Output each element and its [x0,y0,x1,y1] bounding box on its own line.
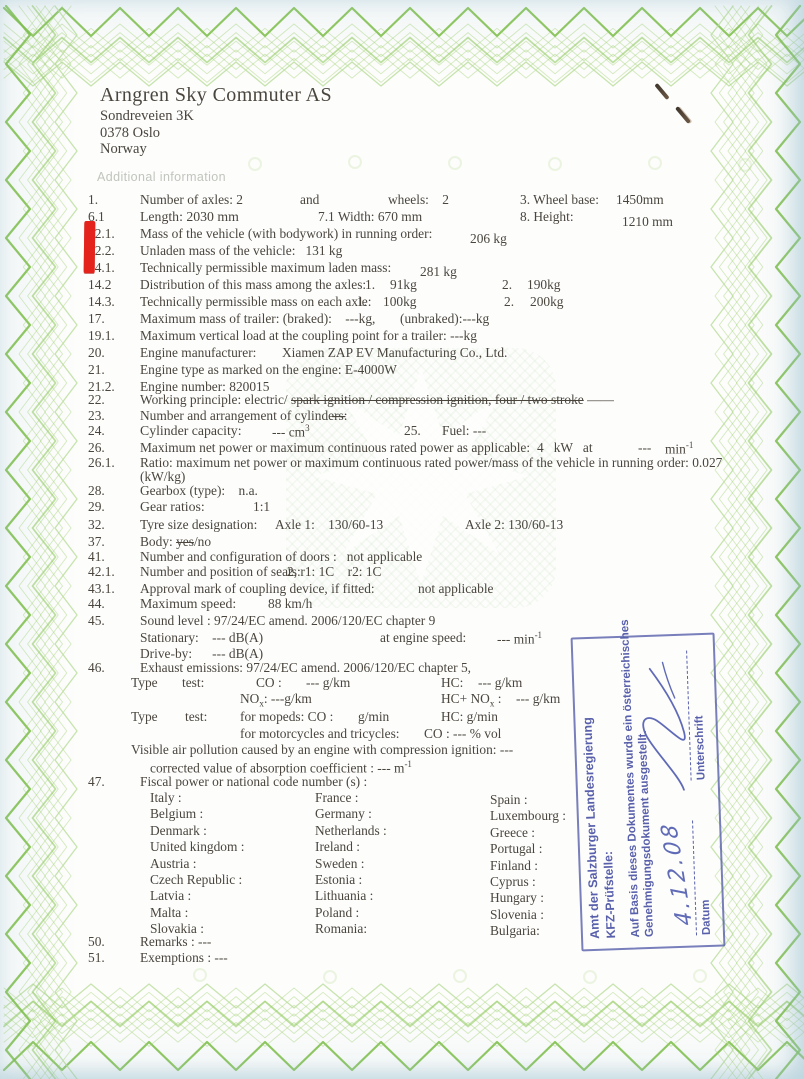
superscript: -1 [535,630,543,640]
item-row-44: 44. Maximum speed: 88 km/h [0,596,804,613]
country-label: Denmark : [150,823,244,839]
item-text: Length: 2030 mm [140,209,239,225]
red-highlight-mark [84,221,96,273]
item-row-51: 51. Exemptions : --- [0,950,804,967]
item-text: Maximum mass of trailer: (braked): ---kg… [140,311,375,327]
item-text: Technically permissible mass on each axl… [140,294,371,310]
item-text: Working principle: electric/ spark ignit… [140,392,614,408]
item-text: Exemptions : --- [140,950,228,966]
item-value: 200kg [530,294,563,310]
item-num: 44. [88,596,105,612]
country-label: Finland : [490,858,566,874]
item-row-14-2: 14.2 Distribution of this mass among the… [0,277,804,294]
item-text: Gearbox (type): n.a. [140,483,258,499]
address-line: 0378 Oslo [100,125,160,142]
unit: --- min [497,631,535,646]
item-text: CO : [256,675,282,691]
item-text: 8. Height: [520,209,574,225]
item-value: --- [638,440,651,456]
item-value: CO : --- % vol [424,726,501,742]
item-num: 22. [88,392,105,408]
item-text: for mopeds: CO : [240,709,333,725]
colon: : [494,691,501,706]
item-num: 51. [88,950,105,966]
item-text: 2. [502,277,512,293]
item-value: g/min [358,709,389,725]
item-text: wheels: 2 [388,192,449,208]
country-label: Cyprus : [490,874,566,890]
item-text: Unladen mass of the vehicle: 131 kg [140,243,342,259]
item-row-17: 17. Maximum mass of trailer: (braked): -… [0,311,804,328]
cylinder-capacity-value: --- cm [272,424,305,439]
item-text: Maximum vertical load at the coupling po… [140,328,477,344]
item-value: not applicable [418,581,493,597]
item-text: HC: [441,675,463,691]
item-text: Technically permissible maximum laden ma… [140,260,391,276]
country-label: Poland : [315,905,387,921]
item-num: 14.2 [88,277,111,293]
item-num: 41. [88,549,105,565]
trailing-dash: —— [584,392,614,407]
item-value: Xiamen ZAP EV Manufacturing Co., Ltd. [282,345,507,361]
item-value: Axle 2: 130/60-13 [465,517,563,533]
item-row-21: 21. Engine type as marked on the engine:… [0,362,804,379]
superscript: 3 [305,423,310,433]
item-text: Engine manufacturer: [140,345,256,361]
working-principle-kept: Working principle: electric/ [140,392,291,407]
item-row-28: 28. Gearbox (type): n.a. [0,483,804,500]
item-num: 37. [88,534,105,550]
item-text: 7.1 Width: 670 mm [318,209,422,225]
country-label: Belgium : [150,806,244,822]
country-label: Italy : [150,790,244,806]
nox-value: : ---g/km [264,691,312,706]
item-num: 29. [88,499,105,515]
item-text: 2. [504,294,514,310]
country-label: Germany : [315,806,387,822]
item-text: Cylinder capacity: [140,423,242,439]
item-num: 23. [88,408,105,424]
item-text: Approval mark of coupling device, if fit… [140,581,375,597]
working-principle-struck: spark ignition / compression ignition, f… [291,392,584,407]
scanned-certificate-page: Arngren Sky Commuter AS Sondreveien 3K 0… [0,0,804,1079]
address-line: Sondreveien 3K [100,108,194,125]
body-kept-option: /no [194,534,211,549]
item-text: Stationary: --- dB(A) [140,630,263,646]
item-text: Maximum net power or maximum continuous … [140,440,530,456]
item-row-19-1: 19.1. Maximum vertical load at the coupl… [0,328,804,345]
country-label: Luxembourg : [490,808,566,824]
item-text: Engine type as marked on the engine: E-4… [140,362,397,378]
item-text: Exhaust emissions: 97/24/EC amend. 2006/… [140,660,471,676]
item-text: 1. [357,294,367,310]
signature-label: Unterschrift [693,715,707,780]
hcnox-label: HC+ NO [441,691,490,706]
item-text: Sound level : 97/24/EC amend. 2006/120/E… [140,613,435,629]
country-label: Portugal : [490,841,566,857]
item-num: 17. [88,311,105,327]
nox-label: NO [240,691,259,706]
handwritten-signature [635,645,695,797]
item-row-24-25: 24. Cylinder capacity: --- cm3 25. Fuel:… [0,423,804,440]
country-column-2: France :Germany :Netherlands :Ireland :S… [315,790,387,938]
country-label: Slovenia : [490,907,566,923]
item-text: 3. Wheel base: [520,192,599,208]
item-row-32: 32. Tyre size designation: Axle 1: 130/6… [0,517,804,534]
item-text: Gear ratios: [140,499,205,515]
item-num: 42.1. [88,564,115,580]
superscript: -1 [686,440,694,450]
country-label: Malta : [150,905,244,921]
body-struck-option: yes [176,534,194,549]
item-value: 88 km/h [268,596,312,612]
item-text: (unbraked):---kg [400,311,489,327]
country-label: Estonia : [315,872,387,888]
stamp-org-line: Amt der Salzburger Landesregierung [580,717,602,939]
country-label: France : [315,790,387,806]
item-text: Mass of the vehicle (with bodywork) in r… [140,226,432,242]
item-text: Tyre size designation: [140,517,257,533]
item-row-20: 20. Engine manufacturer: Xiamen ZAP EV M… [0,345,804,362]
item-text: HC+ NOx : [441,691,501,709]
item-num: 28. [88,483,105,499]
item-value: --- g/km [306,675,350,691]
item-row-12-2: 12.2. Unladen mass of the vehicle: 131 k… [0,243,804,260]
item-value: 190kg [527,277,560,293]
authority-stamp: Amt der Salzburger Landesregierung KFZ-P… [571,633,726,952]
body-label: Body: [140,534,176,549]
country-label: United kingdom : [150,839,244,855]
item-text: Body: yes/no [140,534,211,550]
country-column-1: Italy :Belgium :Denmark :United kingdom … [150,790,244,938]
country-label: Spain : [490,792,566,808]
item-value: Axle 1: 130/60-13 [275,517,383,533]
item-text: and [300,192,319,208]
item-value: --- min-1 [497,630,542,647]
section-label: Additional information [97,170,226,184]
item-num: 32. [88,517,105,533]
item-num: 47. [88,774,105,790]
country-label: Latvia : [150,888,244,904]
item-num: 45. [88,613,105,629]
country-label: Netherlands : [315,823,387,839]
item-text: Fiscal power or national code number (s)… [140,774,367,790]
date-label: Datum [700,899,713,935]
country-column-3: Spain :Luxembourg :Greece :Portugal :Fin… [490,792,566,940]
country-label: Greece : [490,825,566,841]
item-num: 14.3. [88,294,115,310]
item-num: 1. [88,192,98,208]
item-text: Number and arrangement of cylinders: [140,408,347,424]
item-text: test: [182,675,204,691]
address-line: Norway [100,141,147,158]
item-row-14-3: 14.3. Technically permissible mass on ea… [0,294,804,311]
item-text: Maximum speed: [140,596,236,612]
item-row-29: 29. Gear ratios: 1:1 [0,499,804,516]
item-value: 1450mm [616,192,664,208]
item-text: for motorcycles and tricycles: [240,726,400,742]
superscript: -1 [404,759,412,769]
stamp-office-line: KFZ-Prüfstelle: [601,851,618,939]
company-name: Arngren Sky Commuter AS [100,84,332,107]
item-row-22: 22. Working principle: electric/ spark i… [0,392,804,409]
item-num: 20. [88,345,105,361]
item-row-6-1: 6.1 Length: 2030 mm 7.1 Width: 670 mm 8.… [0,209,804,226]
item-value: 91kg [390,277,417,293]
item-num: 21. [88,362,105,378]
item-text: test: [185,709,207,725]
item-num: 19.1. [88,328,115,344]
item-text: at engine speed: [380,630,466,646]
item-value: --- g/km [478,675,522,691]
item-text: Type [131,675,158,691]
item-value: --- g/km [516,691,560,707]
item-value: --- cm3 [272,423,310,440]
item-text: NOx: ---g/km [240,691,312,709]
item-row-14-1: 14.1. Technically permissible maximum la… [0,260,804,277]
country-label: Sweden : [315,856,387,872]
item-num: 25. [404,423,421,439]
country-label: Austria : [150,856,244,872]
item-text: Visible air pollution caused by an engin… [131,742,513,758]
item-row-1: 1. Number of axles: 2 and wheels: 2 3. W… [0,192,804,209]
item-text: 1. [365,277,375,293]
item-num: 24. [88,423,105,439]
item-num: 50. [88,934,105,950]
item-text: Remarks : --- [140,934,211,950]
item-row-12-1: 12.1. Mass of the vehicle (with bodywork… [0,226,804,243]
item-row-42-1: 42.1. Number and position of seats: 2, r… [0,564,804,581]
item-value: 2, r1: 1C r2: 1C [287,564,381,580]
country-label: Ireland : [315,839,387,855]
item-num: 43.1. [88,581,115,597]
item-text: Type [131,709,158,725]
item-text: Number and configuration of doors : not … [140,549,422,565]
item-value: HC: g/min [441,709,498,725]
country-label: Hungary : [490,890,566,906]
item-text: Number and position of seats: [140,564,301,580]
item-num: 26. [88,440,105,456]
country-label: Czech Republic : [150,872,244,888]
item-text: Distribution of this mass among the axle… [140,277,366,293]
item-text: Number of axles: 2 [140,192,243,208]
item-num: 46. [88,660,105,676]
item-row-45: 45. Sound level : 97/24/EC amend. 2006/1… [0,613,804,630]
country-label: Lithuania : [315,888,387,904]
item-text: Fuel: --- [442,423,486,439]
item-value: 1:1 [253,499,270,515]
item-value: 100kg [383,294,416,310]
item-value: 4 kW at [537,440,593,456]
item-value: — [332,408,345,424]
